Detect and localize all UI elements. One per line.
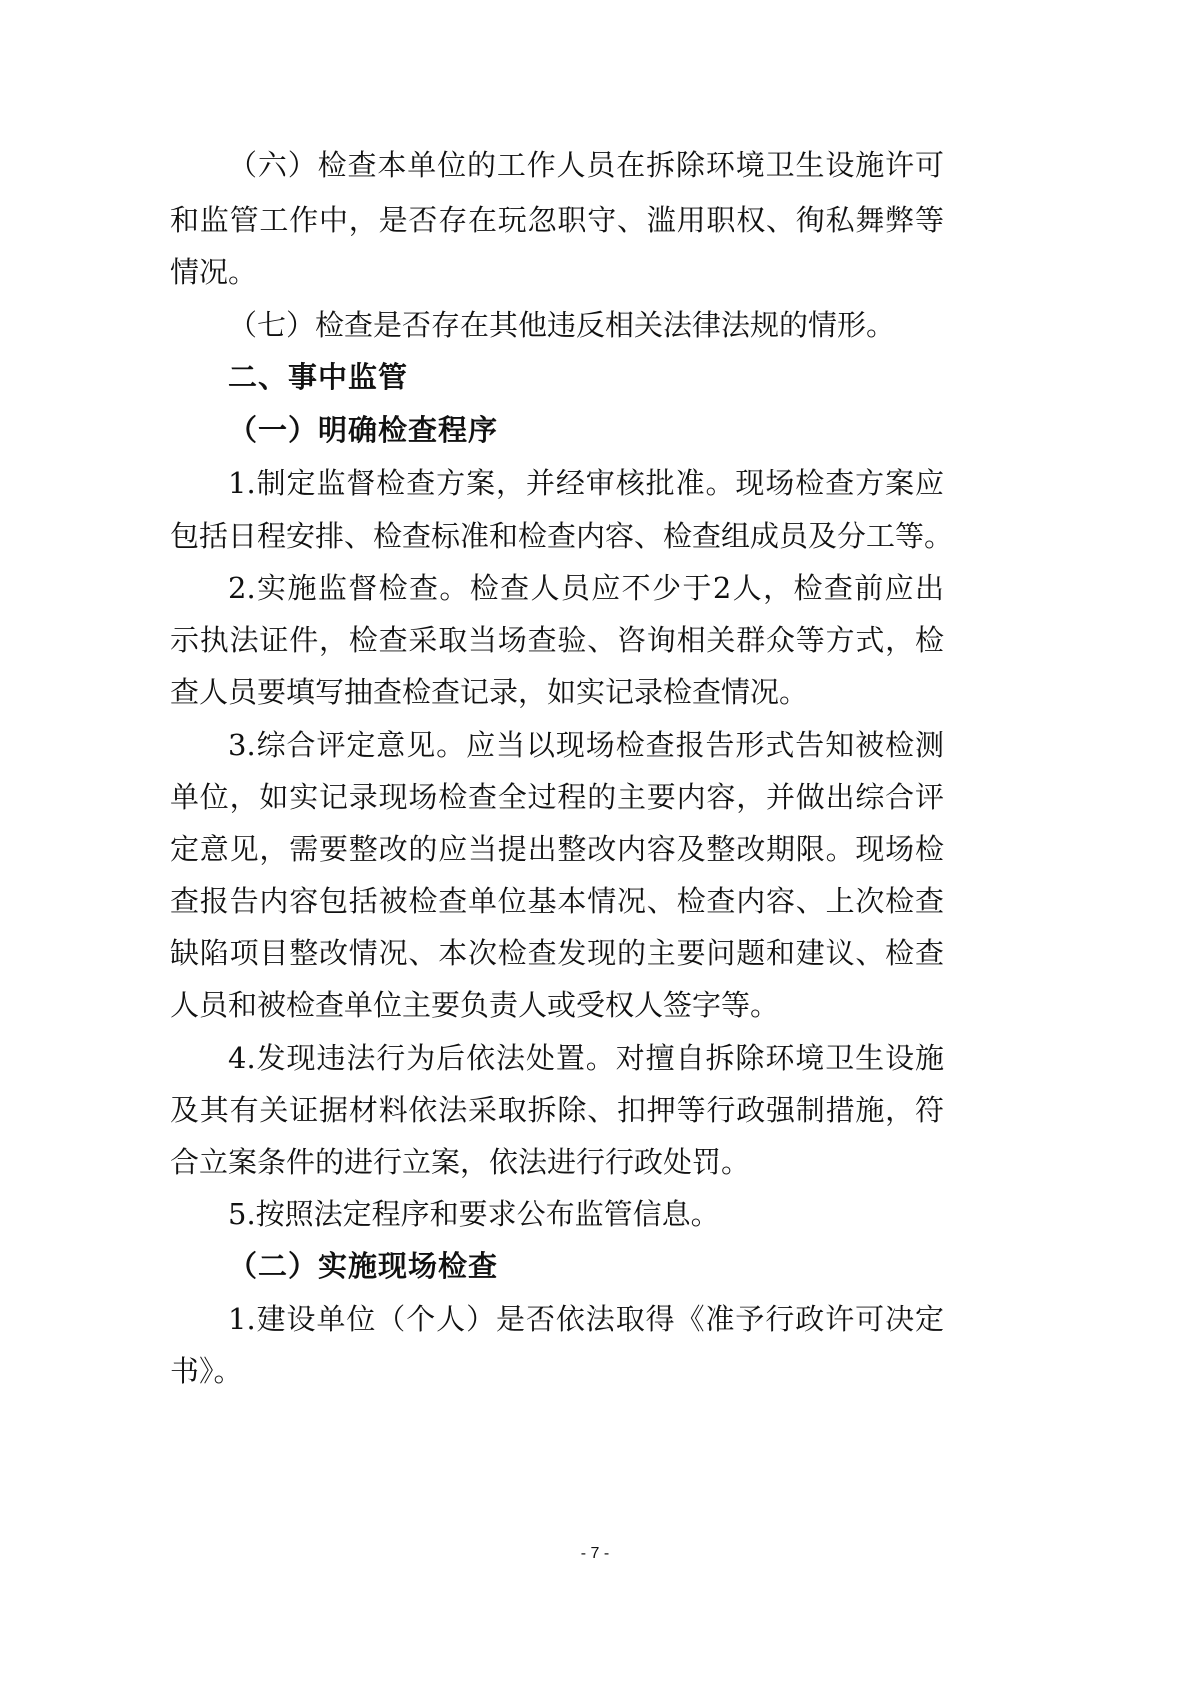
page-number: - 7 - [0,1545,1190,1563]
subsection-heading: （二）实施现场检查 [228,1246,944,1286]
text-line: 定意见，需要整改的应当提出整改内容及整改期限。现场检 [170,829,944,869]
text-line: （七）检查是否存在其他违反相关法律法规的情形。 [228,305,944,345]
text-line: 4.发现违法行为后依法处置。对擅自拆除环境卫生设施 [228,1038,944,1078]
subsection-heading: （一）明确检查程序 [228,410,944,450]
text-line: 查报告内容包括被检查单位基本情况、检查内容、上次检查 [170,881,944,921]
text-line: 及其有关证据材料依法采取拆除、扣押等行政强制措施，符 [170,1090,944,1130]
text-line: 5.按照法定程序和要求公布监管信息。 [228,1194,944,1234]
text-line: （六）检查本单位的工作人员在拆除环境卫生设施许可 [228,145,944,185]
text-line: 3.综合评定意见。应当以现场检查报告形式告知被检测 [228,725,944,765]
text-line: 1.建设单位（个人）是否依法取得《准予行政许可决定 [228,1299,944,1339]
text-line: 情况。 [170,252,944,292]
text-line: 和监管工作中，是否存在玩忽职守、滥用职权、徇私舞弊等 [170,200,944,240]
text-line: 单位，如实记录现场检查全过程的主要内容，并做出综合评 [170,777,944,817]
text-line: 书》。 [170,1351,944,1391]
text-line: 2.实施监督检查。检查人员应不少于2人，检查前应出 [228,568,944,608]
text-line: 查人员要填写抽查检查记录，如实记录检查情况。 [170,672,944,712]
text-line: 示执法证件，检查采取当场查验、咨询相关群众等方式，检 [170,620,944,660]
text-line: 缺陷项目整改情况、本次检查发现的主要问题和建议、检查 [170,933,944,973]
text-line: 包括日程安排、检查标准和检查内容、检查组成员及分工等。 [170,516,944,556]
text-line: 人员和被检查单位主要负责人或受权人签字等。 [170,985,944,1025]
section-heading: 二、事中监管 [228,357,944,397]
document-page: （六）检查本单位的工作人员在拆除环境卫生设施许可 和监管工作中，是否存在玩忽职守… [0,0,1190,1683]
text-line: 1.制定监督检查方案，并经审核批准。现场检查方案应 [228,463,944,503]
text-line: 合立案条件的进行立案，依法进行行政处罚。 [170,1142,944,1182]
